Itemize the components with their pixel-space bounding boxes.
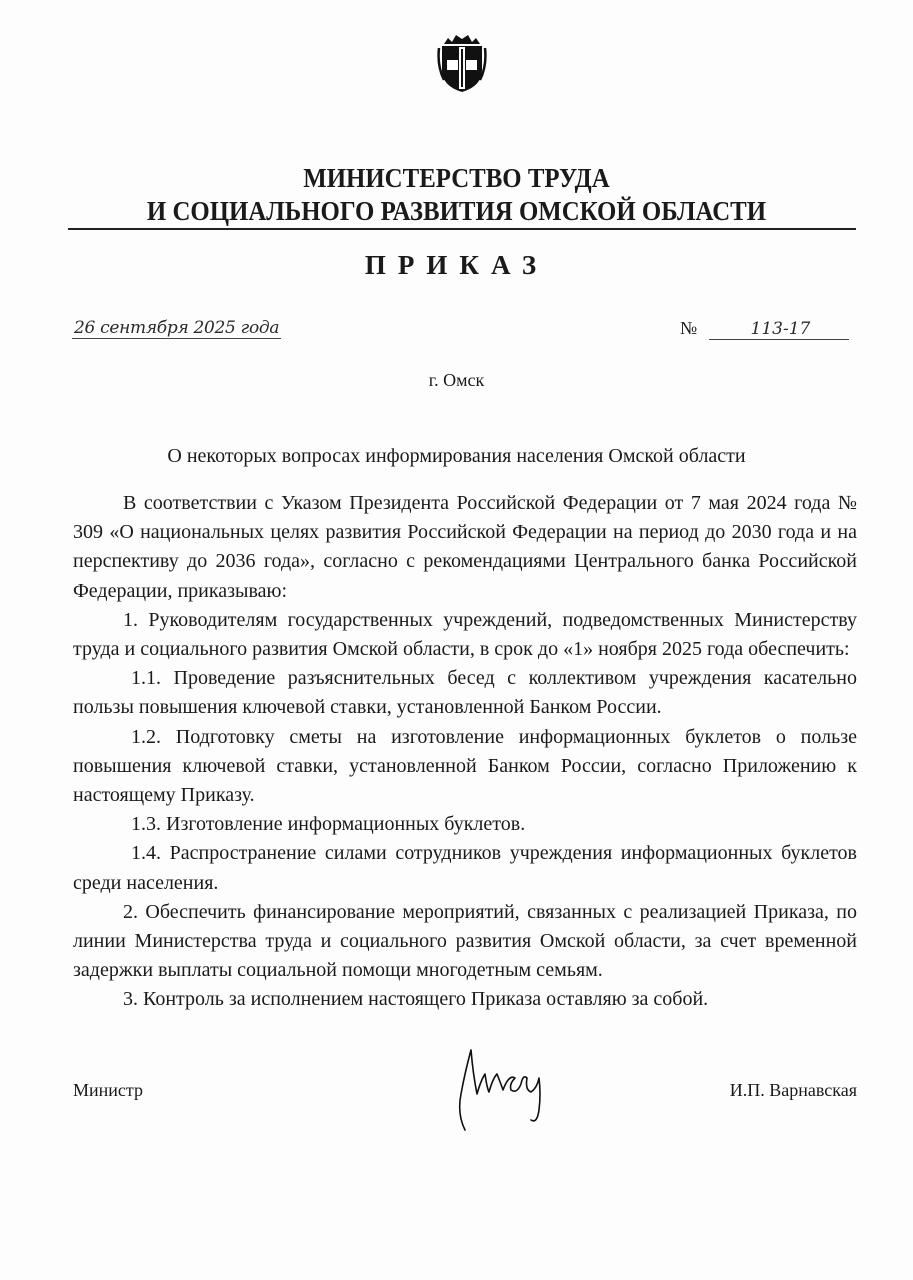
ministry-name-line2: И СОЦИАЛЬНОГО РАЗВИТИЯ ОМСКОЙ ОБЛАСТИ xyxy=(37,196,877,227)
clause-1-2: 1.2. Подготовку сметы на изготовление ин… xyxy=(73,723,857,811)
handwritten-signature-icon xyxy=(451,1044,571,1134)
clause-1-3: 1.3. Изготовление информационных буклето… xyxy=(73,810,857,839)
document-page: МИНИСТЕРСТВО ТРУДА И СОЦИАЛЬНОГО РАЗВИТИ… xyxy=(0,0,913,1280)
document-type-title: ПРИКАЗ xyxy=(0,250,913,281)
handwritten-date: 26 сентября 2025 года xyxy=(72,318,281,339)
city: г. Омск xyxy=(0,370,913,391)
clause-3: 3. Контроль за исполнением настоящего Пр… xyxy=(73,985,857,1014)
clause-1-1: 1.1. Проведение разъяснительных бесед с … xyxy=(73,664,857,722)
ministry-name-line1: МИНИСТЕРСТВО ТРУДА xyxy=(37,163,877,194)
order-date: 26 сентября 2025 года xyxy=(72,318,302,338)
clause-1: 1. Руководителям государственных учрежде… xyxy=(73,606,857,664)
number-label: № xyxy=(680,318,704,339)
order-subject: О некоторых вопросах информирования насе… xyxy=(0,445,913,468)
order-number: № 113-17 xyxy=(680,318,850,340)
handwritten-number: 113-17 xyxy=(709,319,849,340)
signer-name: И.П. Варнавская xyxy=(730,1080,857,1101)
order-body: В соответствии с Указом Президента Росси… xyxy=(73,489,857,1015)
header-divider xyxy=(68,228,856,230)
signer-title: Министр xyxy=(73,1080,143,1101)
coat-of-arms-icon xyxy=(436,30,488,94)
clause-1-4: 1.4. Распространение силами сотрудников … xyxy=(73,839,857,897)
clause-2: 2. Обеспечить финансирование мероприятий… xyxy=(73,898,857,986)
preamble-paragraph: В соответствии с Указом Президента Росси… xyxy=(73,489,857,606)
